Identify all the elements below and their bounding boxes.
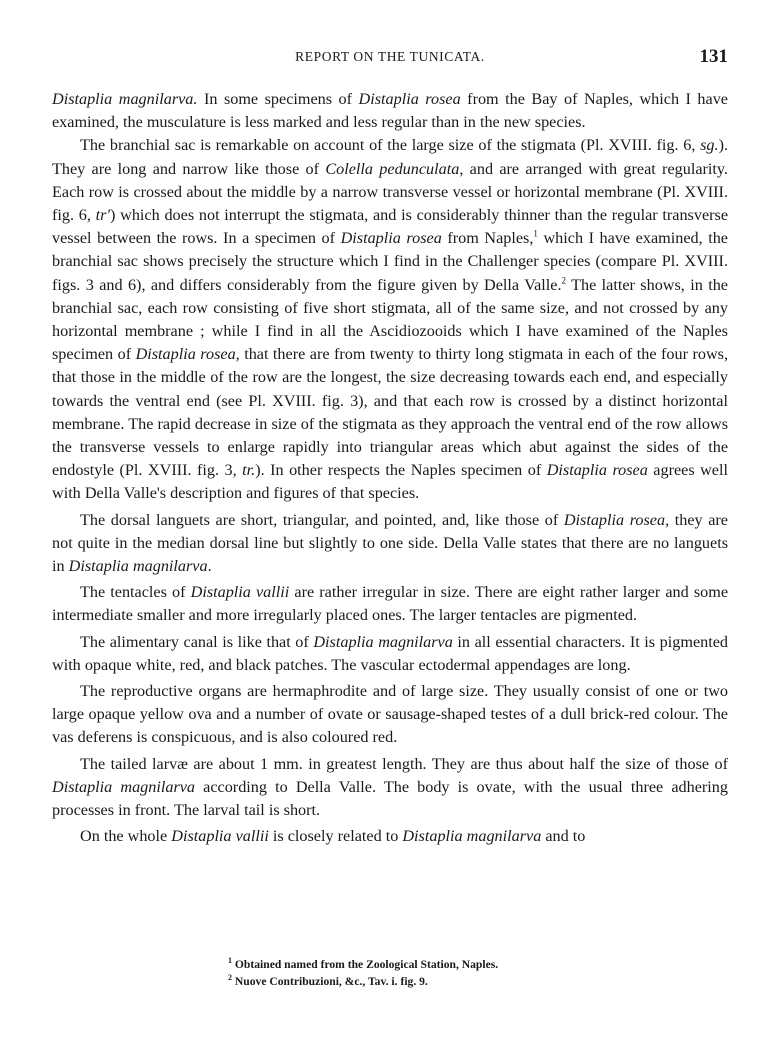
text-run: from Naples, <box>442 229 534 247</box>
italic-taxon: Distaplia magnilarva <box>69 557 208 575</box>
italic-taxon: Distaplia vallii <box>171 827 269 845</box>
paragraph: The alimentary canal is like that of Dis… <box>52 631 728 677</box>
text-run: The tailed larvæ are about 1 mm. in grea… <box>80 755 728 773</box>
text-run: In some specimens of <box>197 90 358 108</box>
text-run: ). In other respects the Naples specimen… <box>255 461 547 479</box>
text-run: . <box>208 557 212 575</box>
italic-taxon: Distaplia rosea <box>341 229 442 247</box>
italic-taxon: Distaplia magnilarva. <box>52 90 197 108</box>
footnote-text: Obtained named from the Zoological Stati… <box>232 958 498 971</box>
footnote: 2 Nuove Contribuzioni, &c., Tav. i. fig.… <box>228 973 498 990</box>
footnotes: 1 Obtained named from the Zoological Sta… <box>228 956 498 990</box>
paragraph: Distaplia magnilarva. In some specimens … <box>52 88 728 134</box>
paragraph: The tentacles of Distaplia vallii are ra… <box>52 581 728 627</box>
text-run: The alimentary canal is like that of <box>80 633 313 651</box>
italic-taxon: sg. <box>700 136 718 154</box>
footnote-text: Nuove Contribuzioni, &c., Tav. i. fig. 9… <box>232 975 428 988</box>
italic-taxon: Distaplia magnilarva <box>313 633 452 651</box>
paragraph: The branchial sac is remarkable on accou… <box>52 134 728 505</box>
italic-taxon: tr′ <box>96 206 110 224</box>
text-run: The dorsal languets are short, triangula… <box>80 511 564 529</box>
text-run: and to <box>541 827 585 845</box>
running-head: REPORT ON THE TUNICATA. 131 <box>52 46 728 70</box>
italic-taxon: Distaplia vallii <box>191 583 290 601</box>
paragraph: The reproductive organs are hermaphrodit… <box>52 680 728 750</box>
italic-taxon: Distaplia rosea <box>564 511 665 529</box>
text-run: The branchial sac is remarkable on accou… <box>80 136 700 154</box>
page-number: 131 <box>700 46 729 68</box>
body-text: Distaplia magnilarva. In some specimens … <box>52 88 728 852</box>
italic-taxon: tr. <box>242 461 255 479</box>
text-run: , that there are from twenty to thirty l… <box>52 345 728 479</box>
running-title: REPORT ON THE TUNICATA. <box>52 49 728 65</box>
italic-taxon: Colella pedunculata <box>325 160 459 178</box>
text-run: The tentacles of <box>80 583 191 601</box>
italic-taxon: Distaplia rosea <box>359 90 461 108</box>
text-run: is closely related to <box>269 827 403 845</box>
italic-taxon: Distaplia rosea <box>547 461 648 479</box>
italic-taxon: Distaplia magnilarva <box>402 827 541 845</box>
italic-taxon: Distaplia rosea <box>136 345 236 363</box>
paragraph: On the whole Distaplia vallii is closely… <box>52 825 728 848</box>
italic-taxon: Distaplia magnilarva <box>52 778 195 796</box>
paragraph: The tailed larvæ are about 1 mm. in grea… <box>52 753 728 823</box>
text-run: The reproductive organs are hermaphrodit… <box>52 682 728 746</box>
footnote: 1 Obtained named from the Zoological Sta… <box>228 956 498 973</box>
text-run: On the whole <box>80 827 171 845</box>
paragraph: The dorsal languets are short, triangula… <box>52 509 728 579</box>
